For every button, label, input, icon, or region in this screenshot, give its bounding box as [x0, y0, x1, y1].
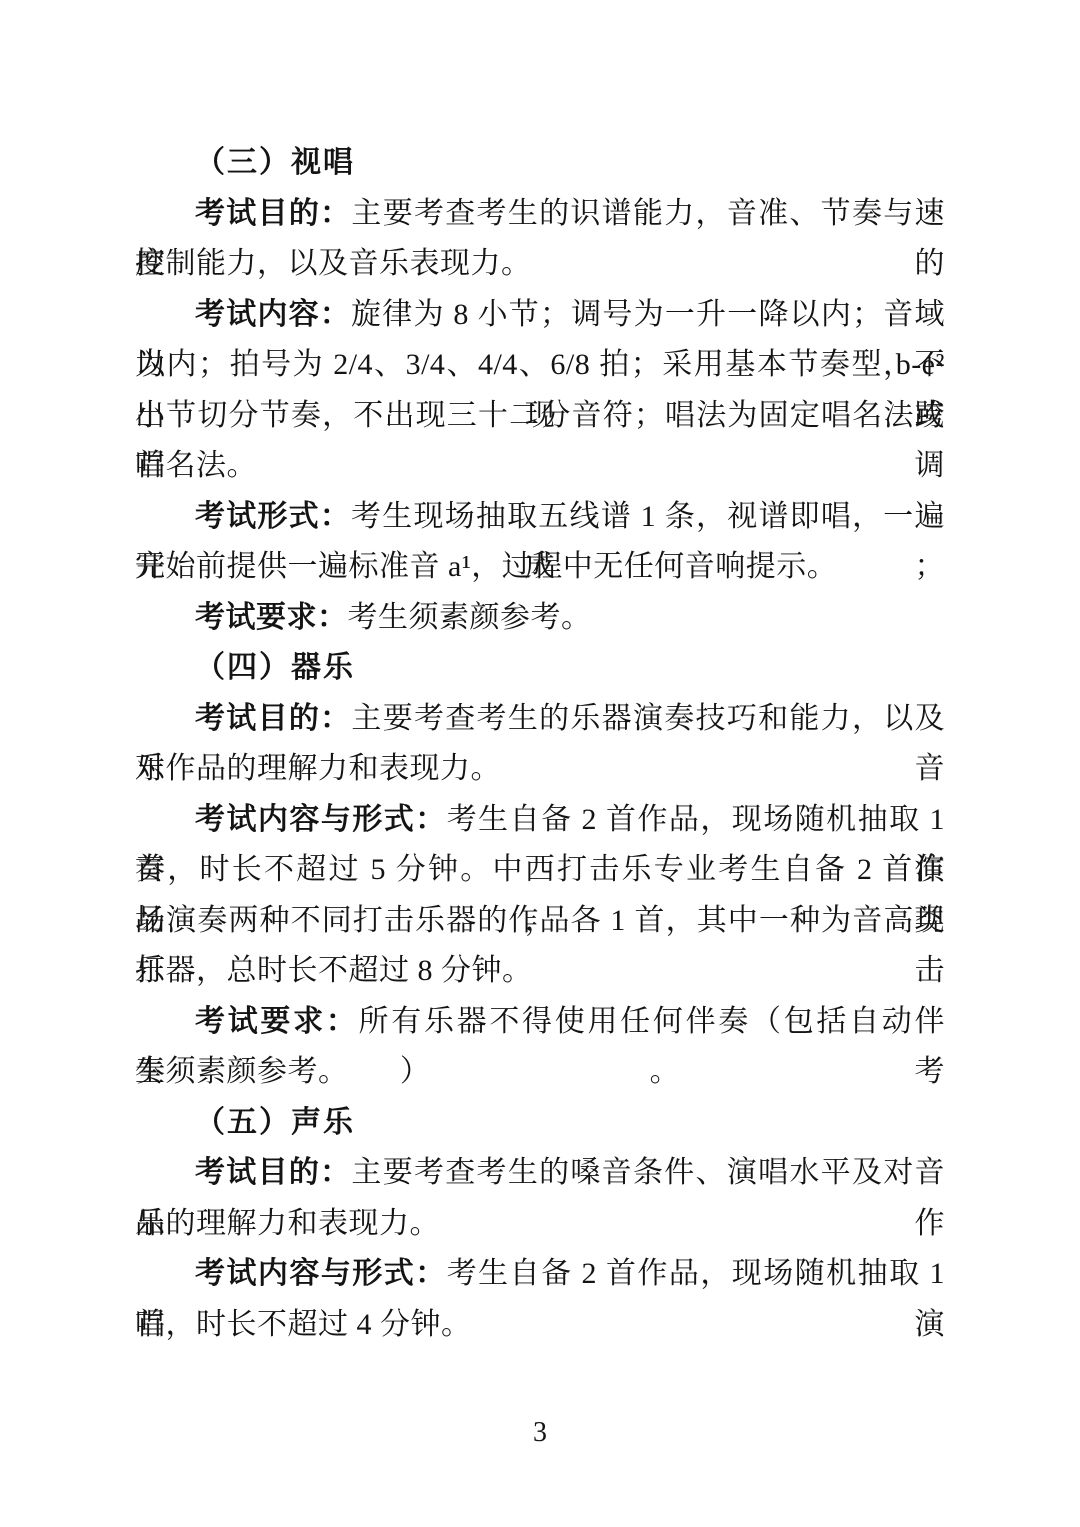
field-label: 考试内容与形式：	[195, 803, 447, 836]
text-line: 小节切分节奏，不出现三十二分音符；唱法为固定唱名法或首调	[135, 391, 945, 442]
text-line: 考试目的：主要考查考生的识谱能力，音准、节奏与速度的	[135, 189, 945, 240]
line-text: 唱名法。	[135, 449, 257, 482]
section-heading: （五）声乐	[135, 1098, 945, 1149]
section-heading: （四）器乐	[135, 643, 945, 694]
text-line: 考试目的：主要考查考生的乐器演奏技巧和能力，以及对音	[135, 694, 945, 745]
field-label: 考试目的：	[195, 197, 351, 230]
text-line: 以内；拍号为 2/4、3/4、4/4、6/8 拍；采用基本节奏型，不出现跨	[135, 340, 945, 391]
line-text: 考生须素颜参考。	[348, 601, 592, 634]
field-label: 考试形式：	[195, 500, 351, 533]
line-text: 乐作品的理解力和表现力。	[135, 752, 501, 785]
line-text: 开始前提供一遍标准音 a¹，过程中无任何音响提示。	[135, 550, 837, 583]
text-line: 考试要求：所有乐器不得使用任何伴奏（包括自动伴奏）。考	[135, 997, 945, 1048]
field-label: 考试要求：	[195, 601, 348, 634]
page-number: 3	[0, 1408, 1080, 1458]
text-line: 考试要求：考生须素颜参考。	[135, 593, 945, 644]
field-label: 考试目的：	[195, 702, 351, 735]
document-body: （三）视唱 考试目的：主要考查考生的识谱能力，音准、节奏与速度的 控制能力，以及…	[135, 138, 945, 1350]
text-line: 开始前提供一遍标准音 a¹，过程中无任何音响提示。	[135, 542, 945, 593]
text-line: 考试内容：旋律为 8 小节；调号为一升一降以内；音域为 b-e²	[135, 290, 945, 341]
text-line: 考试内容与形式：考生自备 2 首作品，现场随机抽取 1 首演	[135, 795, 945, 846]
text-line: 场演奏两种不同打击乐器的作品各 1 首，其中一种为音高类打击	[135, 896, 945, 947]
line-text: 控制能力，以及音乐表现力。	[135, 247, 532, 280]
text-line: 考试内容与形式：考生自备 2 首作品，现场随机抽取 1 首演	[135, 1249, 945, 1300]
section-heading: （三）视唱	[135, 138, 945, 189]
section-heading-text: （三）视唱	[195, 146, 355, 179]
line-text: 生须素颜参考。	[135, 1055, 349, 1088]
line-text: 乐器，总时长不超过 8 分钟。	[135, 954, 533, 987]
field-label: 考试内容：	[195, 298, 351, 331]
field-label: 考试要求：	[195, 1005, 359, 1038]
line-text: 品的理解力和表现力。	[135, 1207, 440, 1240]
text-line: 奏，时长不超过 5 分钟。中西打击乐专业考生自备 2 首作品，现	[135, 845, 945, 896]
text-line: 考试目的：主要考查考生的嗓音条件、演唱水平及对音乐作	[135, 1148, 945, 1199]
section-heading-text: （五）声乐	[195, 1106, 355, 1139]
section-heading-text: （四）器乐	[195, 651, 355, 684]
document-page: （三）视唱 考试目的：主要考查考生的识谱能力，音准、节奏与速度的 控制能力，以及…	[0, 0, 1080, 1527]
text-line: 考试形式：考生现场抽取五线谱 1 条，视谱即唱，一遍完成；	[135, 492, 945, 543]
line-text: 唱，时长不超过 4 分钟。	[135, 1308, 472, 1341]
field-label: 考试内容与形式：	[195, 1257, 447, 1290]
field-label: 考试目的：	[195, 1156, 351, 1189]
